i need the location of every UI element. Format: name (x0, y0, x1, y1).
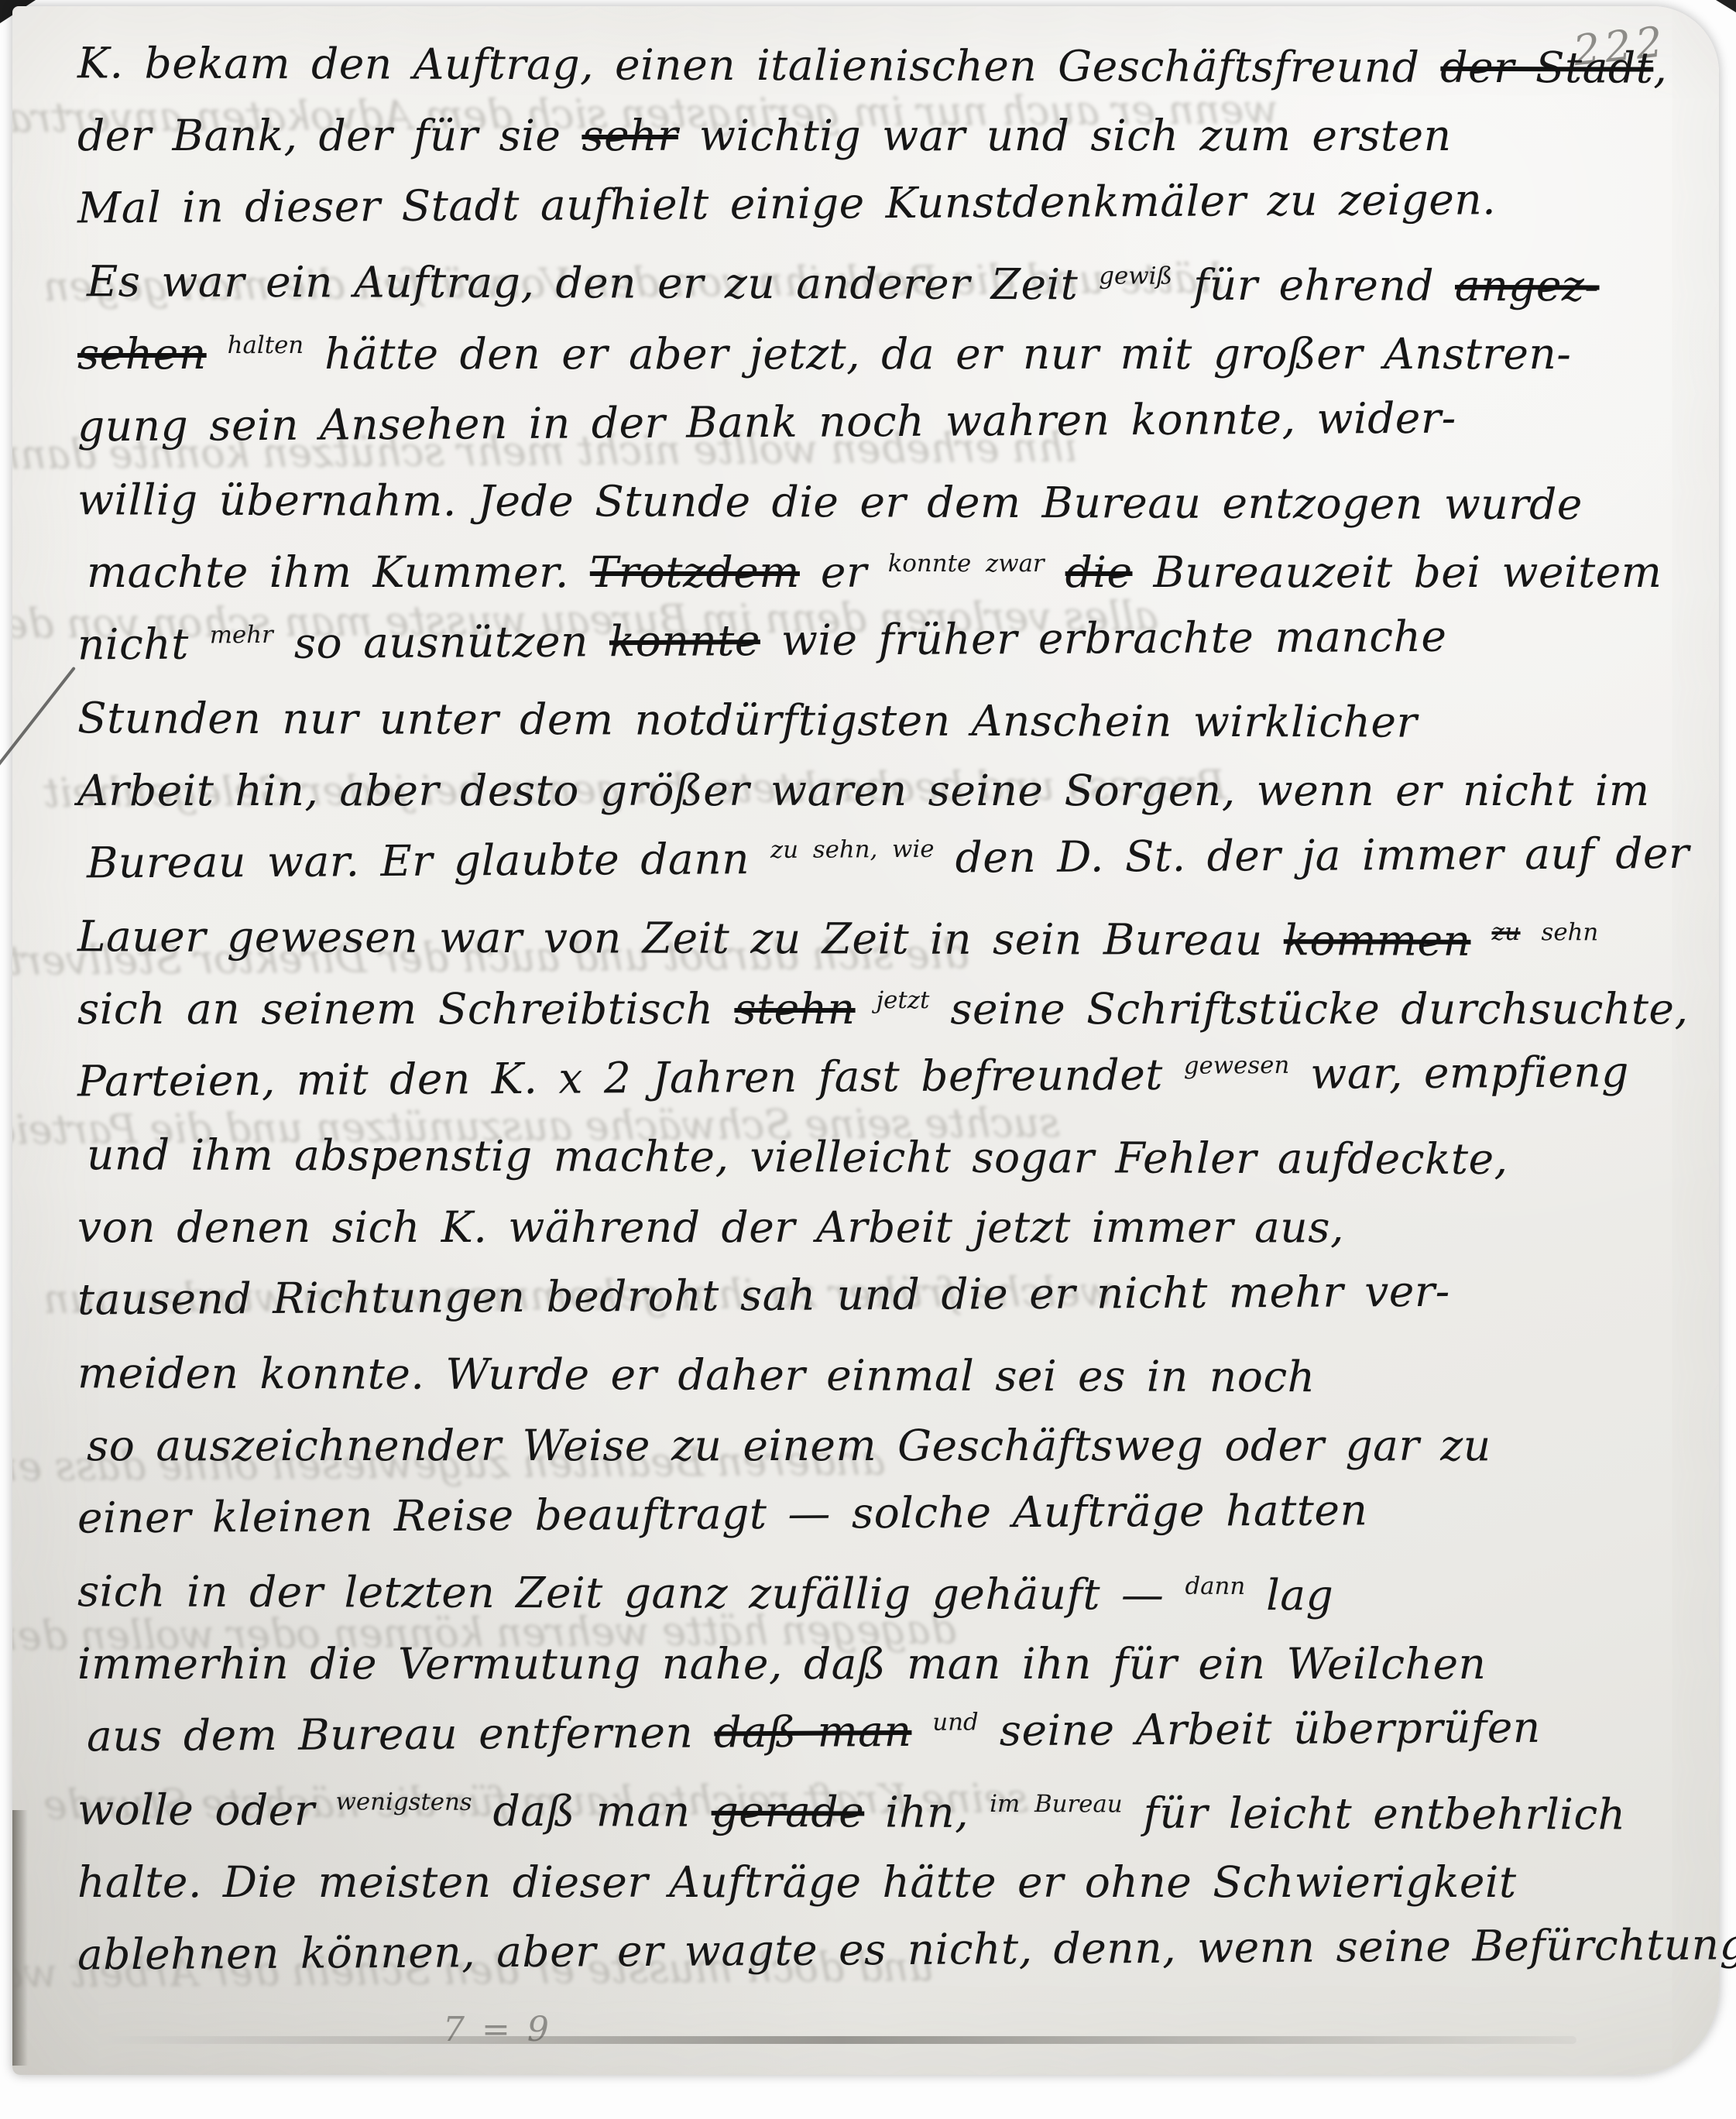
ink-text: Bureau war. Er glaubte dann (87, 834, 770, 887)
struck-text: Trotzdem (590, 547, 800, 597)
ink-text: machte ihm Kummer. (87, 547, 590, 597)
ink-text: sich an seinem Schreibtisch (77, 984, 734, 1034)
ink-text (1520, 916, 1541, 965)
manuscript-line: so auszeichnender Weise zu einem Geschäf… (12, 1409, 1719, 1482)
ink-text: seine Schriftstücke durchsuchte, (929, 984, 1688, 1034)
manuscript-page: wenn er auch nur im geringsten sich dem … (12, 6, 1719, 2075)
ink-text: Mal in dieser Stadt aufhielt einige Kuns… (77, 174, 1497, 232)
struck-text: die (1065, 547, 1133, 597)
ink-text: meiden konnte. Wurde er daher einmal sei… (77, 1348, 1316, 1401)
manuscript-line: sehen halten hätte den er aber jetzt, da… (12, 317, 1719, 390)
manuscript-line: halte. Die meisten dieser Aufträge hätte… (12, 1846, 1719, 1918)
inserted-text: im Bureau (990, 1790, 1123, 1819)
ink-text: K. bekam den Auftrag, einen italienische… (77, 38, 1441, 92)
ink-text: hätte den er aber jetzt, da er nur mit g… (304, 329, 1571, 379)
inserted-text: gewiß (1099, 262, 1172, 290)
inserted-text: mehr (210, 621, 273, 650)
ink-text: er (800, 547, 888, 597)
manuscript-line: Mal in dieser Stadt aufhielt einige Kuns… (12, 162, 1720, 245)
manuscript-line: Stunden nur unter dem notdürftigsten Ans… (12, 681, 1719, 759)
ink-text: lag (1245, 1570, 1333, 1620)
ink-text (911, 1706, 932, 1756)
inserted-text: wenigstens (336, 1788, 472, 1816)
ink-text: von denen sich K. während der Arbeit jet… (77, 1202, 1344, 1252)
manuscript-line: sich in der letzten Zeit ganz zufällig g… (12, 1555, 1719, 1633)
ink-text: immerhin die Vermutung nahe, daß man ihn… (77, 1639, 1486, 1689)
ink-text: sich in der letzten Zeit ganz zufällig g… (77, 1566, 1185, 1619)
manuscript-line: Lauer gewesen war von Zeit zu Zeit in se… (12, 900, 1719, 978)
ink-text: wolle oder (77, 1785, 336, 1835)
ink-text: halte. Die meisten dieser Aufträge hätte… (77, 1857, 1517, 1907)
ink-text: Lauer gewesen war von Zeit zu Zeit in se… (77, 911, 1284, 965)
manuscript-line: Bureau war. Er glaubte dann zu sehn, wie… (12, 817, 1720, 900)
ink-text: ablehnen können, aber er wagte es nicht,… (77, 1919, 1736, 1979)
manuscript-line: der Bank, der für sie sehr wichtig war u… (12, 99, 1719, 172)
manuscript-line: machte ihm Kummer. Trotzdem er konnte zw… (12, 536, 1719, 609)
inserted-text: zu (1491, 918, 1520, 946)
manuscript-line: aus dem Bureau entfernen daß man und sei… (12, 1690, 1720, 1773)
manuscript-line: Arbeit hin, aber desto größer waren sein… (12, 754, 1719, 827)
ink-text: einer kleinen Reise beauftragt — solche … (77, 1485, 1368, 1542)
ink-text: so ausnützen (273, 616, 610, 668)
ink-text: Stunden nur unter dem notdürftigsten Ans… (77, 693, 1418, 746)
manuscript-line: K. bekam den Auftrag, einen italienische… (12, 26, 1719, 105)
ink-text: Es war ein Auftrag, den er zu anderer Ze… (87, 256, 1099, 309)
inserted-text: halten (228, 331, 304, 359)
manuscript-line: Es war ein Auftrag, den er zu anderer Ze… (12, 245, 1719, 323)
manuscript-line: einer kleinen Reise beauftragt — solche … (12, 1472, 1720, 1555)
ink-text (1045, 547, 1065, 597)
manuscript-line: von denen sich K. während der Arbeit jet… (12, 1191, 1719, 1264)
manuscript-line: Parteien, mit den K. x 2 Jahren fast bef… (12, 1035, 1720, 1118)
struck-text: sehen (77, 329, 207, 379)
ink-text: aus dem Bureau entfernen (87, 1707, 715, 1761)
struck-text: konnte (609, 615, 760, 666)
page-edge-shadow (105, 2036, 1576, 2044)
torn-edge (12, 1810, 28, 2066)
ink-text: , (1653, 43, 1667, 93)
ink-text: Bureauzeit bei weitem (1133, 547, 1662, 597)
ink-text: Parteien, mit den K. x 2 Jahren fast bef… (77, 1050, 1184, 1106)
struck-text: stehn (734, 984, 855, 1034)
inserted-text: sehn (1541, 918, 1598, 946)
ink-text: daß man (472, 1786, 711, 1836)
struck-text: kommen (1284, 915, 1471, 965)
manuscript-line: wolle oder wenigstens daß man gerade ihn… (12, 1773, 1719, 1851)
ink-text: für ehrend (1172, 260, 1455, 310)
ink-text: ihn, (864, 1787, 990, 1837)
ink-text: für leicht entbehrlich (1122, 1788, 1625, 1840)
inserted-text: zu sehn, wie (770, 835, 935, 863)
ink-text: Arbeit hin, aber desto größer waren sein… (77, 766, 1650, 815)
inserted-text: konnte zwar (888, 550, 1045, 578)
manuscript-line: immerhin die Vermutung nahe, daß man ihn… (12, 1627, 1719, 1700)
struck-text: sehr (582, 111, 678, 160)
ink-text: und ihm abspenstig machte, vielleicht so… (87, 1130, 1508, 1184)
ink-text: seine Arbeit überprüfen (979, 1702, 1541, 1755)
manuscript-line: ablehnen können, aber er wagte es nicht,… (12, 1908, 1720, 1991)
ink-text (856, 984, 877, 1034)
ink-text: gung sein Ansehen in der Bank noch wahre… (77, 393, 1456, 451)
ink-text: tausend Richtungen bedroht sah und die e… (77, 1267, 1450, 1325)
inserted-text: gewesen (1184, 1051, 1290, 1080)
ink-text: der Bank, der für sie (77, 111, 582, 160)
ink-text: war, empfieng (1289, 1047, 1629, 1099)
ink-text: wichtig war und sich zum ersten (678, 111, 1452, 160)
ink-text: wie früher erbrachte manche (760, 612, 1447, 665)
handwritten-text-block: K. bekam den Auftrag, einen italienische… (12, 26, 1719, 1991)
manuscript-scan: wenn er auch nur im geringsten sich dem … (0, 0, 1736, 2119)
ink-text (207, 329, 228, 379)
manuscript-line: tausend Richtungen bedroht sah und die e… (12, 1253, 1720, 1336)
manuscript-line: und ihm abspenstig machte, vielleicht so… (12, 1118, 1719, 1196)
scan-corner-artifact (1716, 0, 1736, 12)
ink-text: den D. St. der ja immer auf der (934, 828, 1690, 883)
struck-text: angez- (1455, 261, 1600, 311)
manuscript-line: gung sein Ansehen in der Bank noch wahre… (12, 380, 1720, 463)
manuscript-line: meiden konnte. Wurde er daher einmal sei… (12, 1336, 1719, 1414)
manuscript-line: nicht mehr so ausnützen konnte wie frühe… (12, 598, 1720, 681)
manuscript-line: willig übernahm. Jede Stunde die er dem … (12, 463, 1719, 541)
struck-text: der Stadt (1440, 43, 1653, 93)
ink-text: willig übernahm. Jede Stunde die er dem … (77, 475, 1583, 529)
struck-text: gerade (712, 1787, 865, 1837)
ink-text (1470, 916, 1491, 965)
manuscript-line: sich an seinem Schreibtisch stehn jetzt … (12, 972, 1719, 1045)
inserted-text: jetzt (877, 986, 930, 1014)
inserted-text: dann (1185, 1572, 1245, 1600)
ink-text: so auszeichnender Weise zu einem Geschäf… (87, 1421, 1491, 1470)
inserted-text: und (932, 1708, 979, 1736)
ink-text: nicht (77, 619, 210, 669)
struck-text: daß man (714, 1706, 911, 1757)
